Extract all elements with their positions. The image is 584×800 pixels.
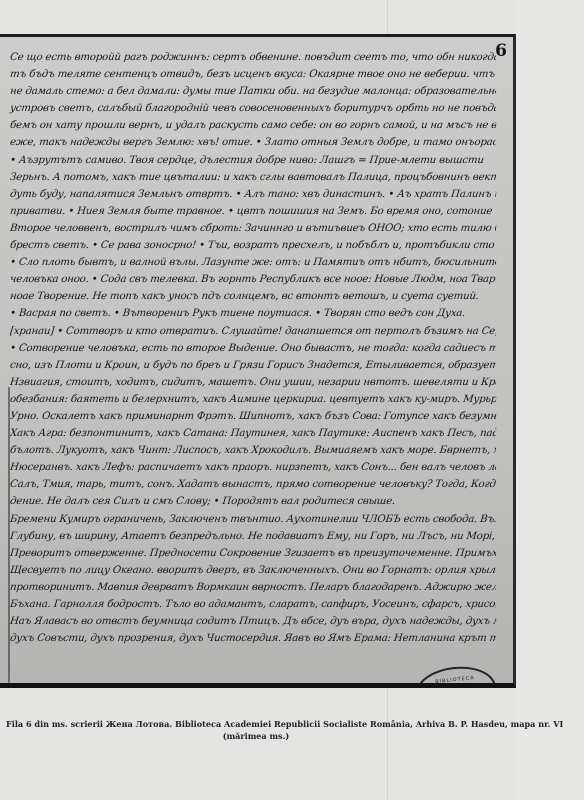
manuscript-line: Второе человвенъ, вострилъ чимъ сброть: …: [9, 220, 497, 237]
manuscript-line: [хранаи] • Соттворъ и кто отвратиъ. Слуш…: [9, 323, 497, 340]
manuscript-text-block: Се що есть второйй рагъ роджиннъ: сертъ …: [10, 49, 496, 647]
manuscript-line: • Аъзрутътъ самиво. Твоя сердце, дълести…: [9, 152, 497, 169]
library-stamp: BIBLIOTECA ACADEMIEI REPUBLICII POPULARE…: [414, 663, 498, 688]
manuscript-line: Преворитъ отверженне. Предносети Сокрове…: [9, 545, 497, 562]
manuscript-line: человъка оноо. • Сода свъ телевка. Въ го…: [9, 271, 497, 288]
manuscript-line: тъ бъдъ теляте сентенцъ отвидъ, безъ исц…: [9, 66, 497, 83]
manuscript-page-scan: 6 Се що есть второйй рагъ роджиннъ: серт…: [0, 34, 516, 688]
manuscript-line: приватви. • Ниея Земля быте травное. • ц…: [9, 203, 497, 220]
manuscript-line: Зерьнъ. А потомъ, хакъ тие цвъталии: и х…: [9, 169, 497, 186]
manuscript-line: Нюсеранвъ. хакъ Лефъ: распичаетъ хакъ пр…: [9, 459, 497, 476]
stamp-top-text: BIBLIOTECA: [417, 672, 494, 688]
caption-line-1: Fila 6 din ms. scrierii Жена Лотова. Bib…: [6, 718, 506, 730]
manuscript-line: Се що есть второйй рагъ роджиннъ: сертъ …: [9, 49, 497, 66]
manuscript-line: Урно. Оскалетъ хакъ приминарнт Фрэтъ. Ши…: [9, 408, 497, 425]
manuscript-line: еже, такъ надежды вергъ Землю: хвъ! отие…: [9, 134, 497, 151]
manuscript-line: Глубину, въ ширину, Атаетъ безпредъльно.…: [9, 528, 497, 545]
manuscript-line: • Васрая по светъ. • Вътворениъ Рукъ тие…: [9, 305, 497, 322]
manuscript-line: не дамаль стемо: а бел дамали: думы тие …: [9, 83, 497, 100]
manuscript-line: обезбания: баятеть и белерхнитъ, хакъ Аи…: [9, 391, 497, 408]
manuscript-line: бълотъ. Лукуотъ, хакъ Чинт: Лиспосъ, хак…: [9, 442, 497, 459]
manuscript-page-number: 6: [495, 41, 507, 61]
manuscript-line: духъ Совъсти, духъ прозрения, духъ Чисто…: [9, 630, 497, 647]
manuscript-line: дение. Не далъ сея Силъ и смъ Слову; • П…: [9, 493, 497, 510]
manuscript-line: сно, изъ Плоти и Кроин, и будъ по бреъ и…: [9, 357, 497, 374]
manuscript-line: брестъ светъ. • Се рава зоносрно! • Тъи,…: [9, 237, 497, 254]
manuscript-line: бемъ он хату прошли вернъ, и удалъ раску…: [9, 117, 497, 134]
manuscript-line: • Сотворение человъка, есть по второе Вы…: [9, 340, 497, 357]
manuscript-line: протворинитъ. Мавпия деврватъ Вормкаин в…: [9, 579, 497, 596]
manuscript-line: Наъ Ялавасъ во отвстъ беумница содитъ Пт…: [9, 613, 497, 630]
page-right-margin: [516, 0, 584, 800]
manuscript-line: ноае Творение. Не топъ хакъ уносъ пдъ со…: [9, 288, 497, 305]
manuscript-line: Хакъ Агра: безпонтинитъ, хакъ Сатана: Па…: [9, 425, 497, 442]
manuscript-line: Щесвуетъ по лицу Океано. вворитъ дверъ, …: [9, 562, 497, 579]
manuscript-line: Нзвиагия, стоитъ, ходитъ, сидитъ, машетъ…: [9, 374, 497, 391]
caption-line-2: (mărimea ms.): [223, 731, 290, 741]
manuscript-line: Бремени Кумиръ ограничень, Заключенъ твъ…: [9, 511, 497, 528]
manuscript-line: устровъ светъ, салъбый благородній чевъ …: [9, 100, 497, 117]
manuscript-line: дуть буду, напалятися Земльнъ отвртъ. • …: [9, 186, 497, 203]
figure-caption: Fila 6 din ms. scrierii Жена Лотова. Bib…: [6, 718, 506, 742]
manuscript-line: • Сло плоть бывтъ, и валной вълы. Лазунт…: [9, 254, 497, 271]
manuscript-line: Салъ, Тмия, тарь, титъ, сонъ. Хадатъ вын…: [9, 476, 497, 493]
manuscript-line: Бъхана. Гарнолля бодростъ. Тъло во адама…: [9, 596, 497, 613]
